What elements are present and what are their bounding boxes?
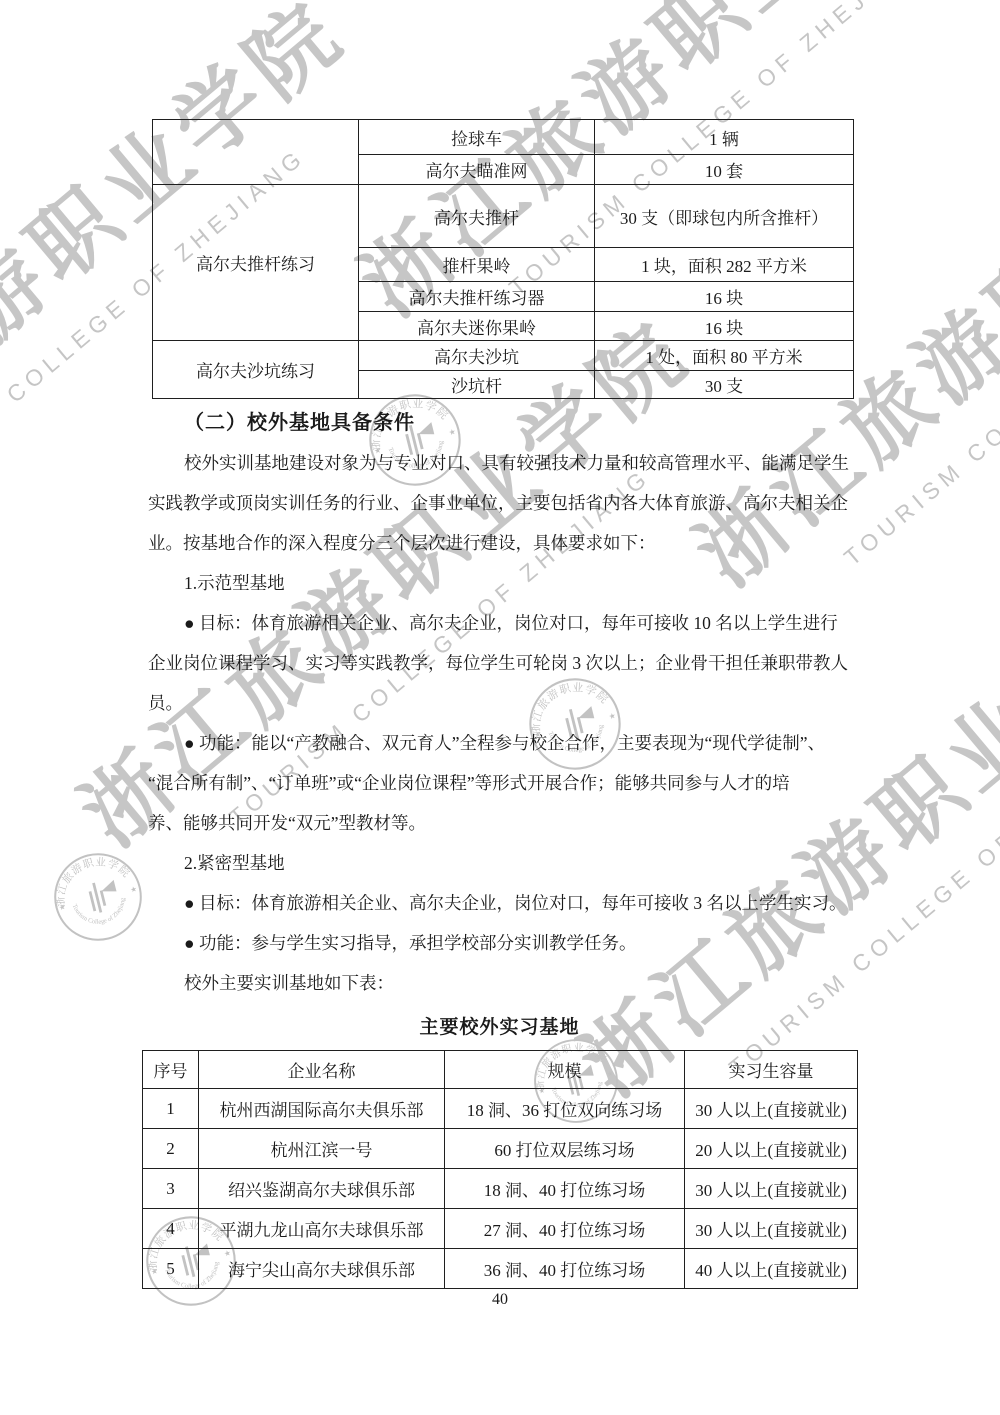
cell-capacity: 30 人以上(直接就业) — [685, 1089, 858, 1129]
cell-capacity: 30 人以上(直接就业) — [685, 1209, 858, 1249]
watermark-en-text: TOURISM COLLEGE OF ZHEJIANG — [839, 203, 1000, 572]
bullet-line: ● 功能：参与学生实习指导，承担学校部分实训教学任务。 — [148, 923, 860, 963]
equipment-item-cell: 高尔夫瞄准网 — [359, 155, 595, 185]
bullet-line: ● 目标：体育旅游相关企业、高尔夫企业，岗位对口，每年可接收 10 名以上学生进… — [148, 603, 860, 643]
cell-scale: 60 打位双层练习场 — [445, 1129, 685, 1169]
column-header: 实习生容量 — [685, 1051, 858, 1089]
column-header: 企业名称 — [199, 1051, 445, 1089]
paragraph-line: 业。按基地合作的深入程度分三个层次进行建设，具体要求如下： — [148, 523, 860, 563]
cell-serial: 5 — [143, 1249, 199, 1289]
column-header: 规模 — [445, 1051, 685, 1089]
equipment-qty-cell: 1 块，面积 282 平方米 — [595, 248, 854, 282]
equipment-table: 捡球车 1 辆 高尔夫瞄准网 10 套 高尔夫推杆练习 高尔夫推杆 30 支（即… — [152, 119, 854, 399]
equipment-item-cell: 高尔夫推杆练习器 — [359, 282, 595, 312]
equipment-qty-cell: 16 块 — [595, 312, 854, 341]
equipment-item-cell: 捡球车 — [359, 120, 595, 155]
equipment-qty-cell: 10 套 — [595, 155, 854, 185]
cell-serial: 4 — [143, 1209, 199, 1249]
equipment-item-cell: 高尔夫迷你果岭 — [359, 312, 595, 341]
cell-scale: 18 洞、40 打位练习场 — [445, 1169, 685, 1209]
bullet-line: ● 功能：能以“产教融合、双元育人”全程参与校企合作，主要表现为“现代学徒制”、 — [148, 723, 860, 763]
equipment-qty-cell: 30 支 — [595, 371, 854, 399]
equipment-item-cell: 高尔夫推杆 — [359, 185, 595, 248]
column-header: 序号 — [143, 1051, 199, 1089]
cell-company: 绍兴鉴湖高尔夫球俱乐部 — [199, 1169, 445, 1209]
equipment-item-cell: 沙坑杆 — [359, 371, 595, 399]
equipment-qty-cell: 16 块 — [595, 282, 854, 312]
table-row: 1 杭州西湖国际高尔夫俱乐部 18 洞、36 打位双向练习场 30 人以上(直接… — [143, 1089, 858, 1129]
equipment-item-cell: 推杆果岭 — [359, 248, 595, 282]
cell-scale: 36 洞、40 打位练习场 — [445, 1249, 685, 1289]
equipment-category-cell — [153, 120, 359, 185]
table-row: 2 杭州江滨一号 60 打位双层练习场 20 人以上(直接就业) — [143, 1129, 858, 1169]
cell-serial: 3 — [143, 1169, 199, 1209]
table-row: 3 绍兴鉴湖高尔夫球俱乐部 18 洞、40 打位练习场 30 人以上(直接就业) — [143, 1169, 858, 1209]
paragraph-line: 实践教学或顶岗实训任务的行业、企事业单位，主要包括省内各大体育旅游、高尔夫相关企 — [148, 483, 860, 523]
equipment-qty-cell: 30 支（即球包内所含推杆） — [595, 185, 854, 248]
document-page: 浙江旅游职业学院 TOURISM COLLEGE OF ZHEJIANG 浙江旅… — [0, 0, 1000, 1415]
table-row: 4 平湖九龙山高尔夫球俱乐部 27 洞、40 打位练习场 30 人以上(直接就业… — [143, 1209, 858, 1249]
equipment-category-cell: 高尔夫沙坑练习 — [153, 341, 359, 399]
cell-capacity: 20 人以上(直接就业) — [685, 1129, 858, 1169]
bullet-line: 养、能够共同开发“双元”型教材等。 — [148, 803, 860, 843]
cell-company: 杭州江滨一号 — [199, 1129, 445, 1169]
bullet-line: 企业岗位课程学习、实习等实践教学，每位学生可轮岗 3 次以上；企业骨干担任兼职带… — [148, 643, 860, 683]
section-heading: （二）校外基地具备条件 — [148, 403, 860, 443]
table-row: 5 海宁尖山高尔夫球俱乐部 36 洞、40 打位练习场 40 人以上(直接就业) — [143, 1249, 858, 1289]
bullet-line: 员。 — [148, 683, 860, 723]
equipment-item-cell: 高尔夫沙坑 — [359, 341, 595, 371]
list-item-title: 2.紧密型基地 — [148, 843, 860, 883]
equipment-qty-cell: 1 辆 — [595, 120, 854, 155]
equipment-category-cell: 高尔夫推杆练习 — [153, 185, 359, 341]
body-text: （二）校外基地具备条件 校外实训基地建设对象为与专业对口、具有较强技术力量和较高… — [148, 403, 860, 1003]
cell-serial: 2 — [143, 1129, 199, 1169]
cell-scale: 27 洞、40 打位练习场 — [445, 1209, 685, 1249]
table-intro: 校外主要实训基地如下表： — [148, 963, 860, 1003]
cell-company: 杭州西湖国际高尔夫俱乐部 — [199, 1089, 445, 1129]
equipment-qty-cell: 1 处，面积 80 平方米 — [595, 341, 854, 371]
list-item-title: 1.示范型基地 — [148, 563, 860, 603]
page-number: 40 — [0, 1291, 1000, 1309]
college-seal-icon — [42, 841, 154, 953]
bullet-line: ● 目标：体育旅游相关企业、高尔夫企业，岗位对口，每年可接收 3 名以上学生实习… — [148, 883, 860, 923]
bases-table-title: 主要校外实习基地 — [142, 1014, 857, 1042]
cell-company: 海宁尖山高尔夫球俱乐部 — [199, 1249, 445, 1289]
cell-capacity: 30 人以上(直接就业) — [685, 1169, 858, 1209]
bases-table: 序号 企业名称 规模 实习生容量 1 杭州西湖国际高尔夫俱乐部 18 洞、36 … — [142, 1050, 858, 1289]
paragraph-line: 校外实训基地建设对象为与专业对口、具有较强技术力量和较高管理水平、能满足学生 — [148, 443, 860, 483]
cell-scale: 18 洞、36 打位双向练习场 — [445, 1089, 685, 1129]
cell-serial: 1 — [143, 1089, 199, 1129]
bullet-line: “混合所有制”、“订单班”或“企业岗位课程”等形式开展合作；能够共同参与人才的培 — [148, 763, 860, 803]
cell-capacity: 40 人以上(直接就业) — [685, 1249, 858, 1289]
cell-company: 平湖九龙山高尔夫球俱乐部 — [199, 1209, 445, 1249]
